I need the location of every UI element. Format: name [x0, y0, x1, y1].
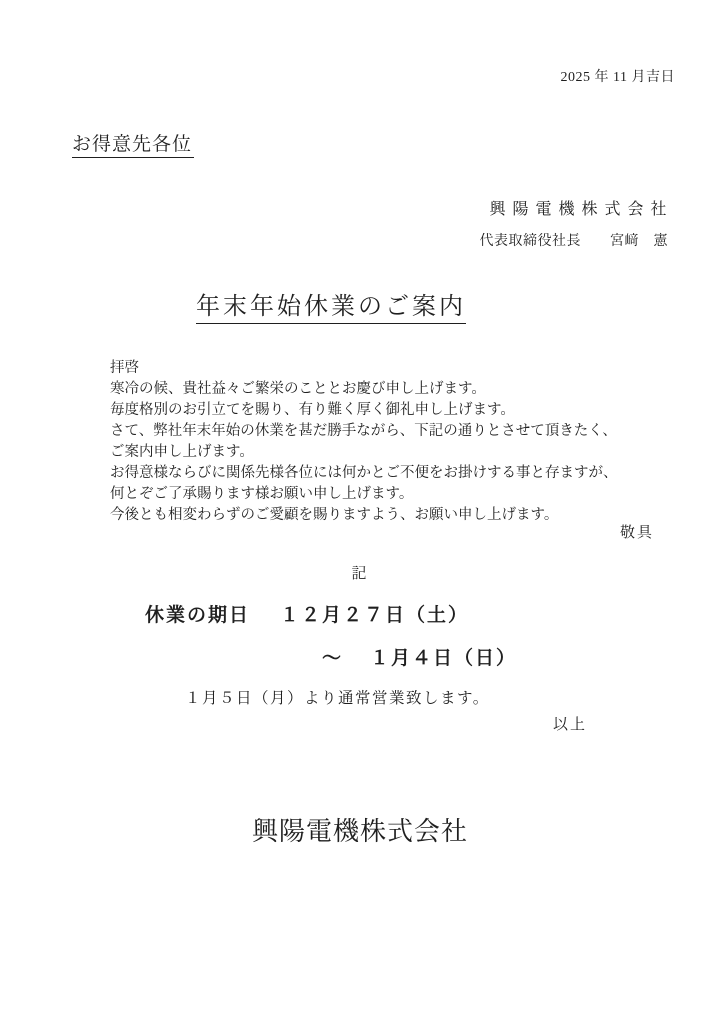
record-heading-ki: 記	[0, 562, 720, 583]
sender-representative: 代表取締役社長 宮﨑 憲	[480, 230, 669, 250]
letter-page: 2025 年 11 月吉日 お得意先各位 興 陽 電 機 株 式 会 社 代表取…	[0, 0, 720, 1019]
body-line: ご案内申し上げます。	[110, 442, 618, 463]
body-line: お得意様ならびに関係先様各位には何かとご不便をお掛けする事と存ますが、	[110, 463, 618, 484]
sender-company-name: 興 陽 電 機 株 式 会 社	[489, 196, 668, 219]
tilde-mark: ～	[322, 648, 343, 669]
addressee: お得意先各位	[72, 129, 194, 158]
body-line: 何とぞご了承賜ります様お願い申し上げます。	[110, 484, 618, 505]
document-date: 2025 年 11 月吉日	[561, 66, 675, 86]
resume-business-notice: １月５日（月）より通常営業致します。	[185, 686, 490, 708]
body-line: 毎度格別のお引立てを賜り、有り難く厚く御礼申し上げます。	[110, 400, 618, 421]
letter-body: 拝啓 寒冷の候、貴社益々ご繁栄のこととお慶び申し上げます。 毎度格別のお引立てを…	[110, 358, 618, 526]
closure-start-date: １２月２７日（土）	[280, 605, 469, 626]
closure-period-label: 休業の期日	[145, 605, 250, 626]
body-line-opening: 拝啓	[110, 358, 618, 379]
body-line: さて、弊社年末年始の休業を甚だ勝手ながら、下記の通りとさせて頂きたく、	[110, 421, 618, 442]
footer-company-name: 興陽電機株式会社	[0, 811, 720, 848]
body-line: 今後とも相変わらずのご愛顧を賜りますよう、お願い申し上げます。	[110, 505, 618, 526]
closing-keigu: 敬具	[620, 521, 654, 542]
letter-title: 年末年始休業のご案内	[196, 286, 466, 324]
end-marker-ijou: 以上	[553, 713, 587, 734]
closure-period-line: 休業の期日１２月２７日（土）	[145, 600, 469, 627]
body-line: 寒冷の候、貴社益々ご繁栄のこととお慶び申し上げます。	[110, 379, 618, 400]
closure-end-date: １月４日（日）	[370, 648, 517, 669]
closure-end-line: ～１月４日（日）	[322, 643, 517, 670]
